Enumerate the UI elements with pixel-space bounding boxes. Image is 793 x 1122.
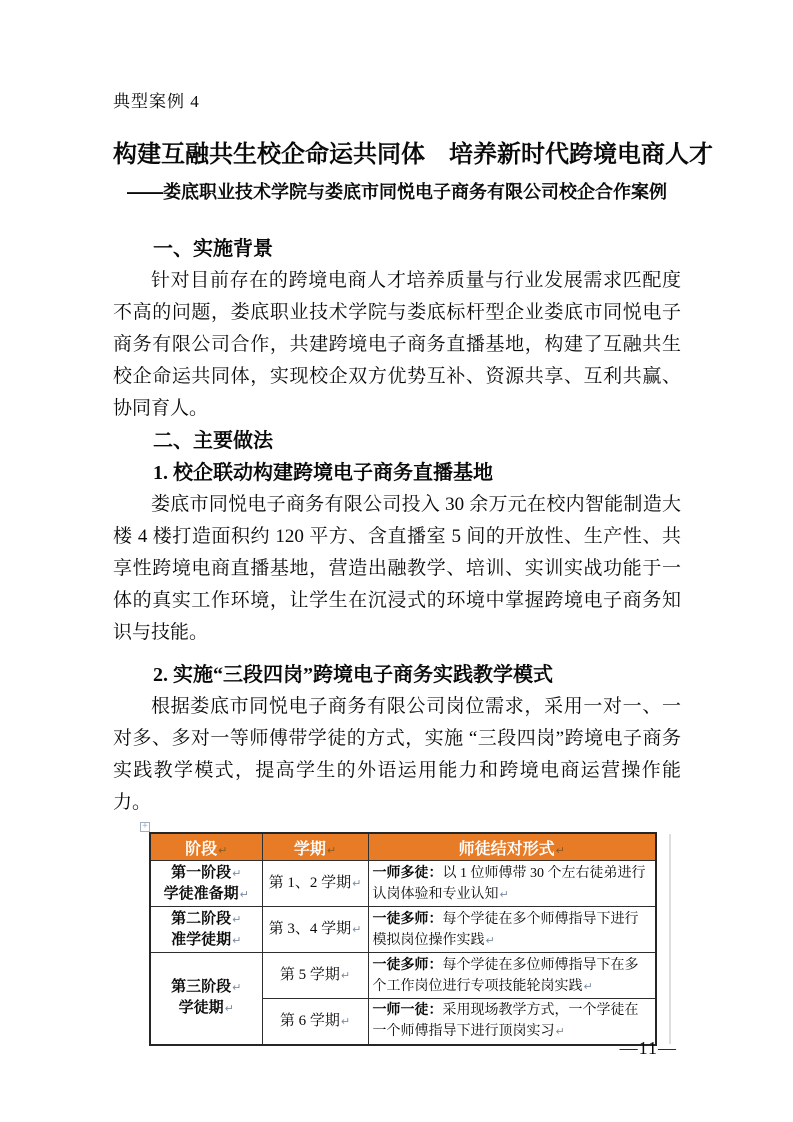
subsection-1-heading: 1. 校企联动构建跨境电子商务直播基地 bbox=[113, 457, 681, 489]
table-anchor-artifact bbox=[669, 834, 671, 1044]
doc-label: 典型案例 4 bbox=[113, 90, 681, 114]
subsection-2-heading: 2. 实施“三段四岗”跨境电子商务实践教学模式 bbox=[113, 659, 681, 691]
paragraph-mark: ↵ bbox=[341, 1015, 350, 1028]
header-label: 师徒结对形式 bbox=[459, 841, 555, 858]
pairing-cell: 一徒多师：每个学徒在多位师傅指导下在多个工作岗位进行专项技能轮岗实践↵ bbox=[368, 953, 656, 999]
stage-line: 第一阶段↵ bbox=[155, 863, 258, 884]
paragraph-mark: ↵ bbox=[352, 923, 361, 936]
semester-cell: 第 1、2 学期↵ bbox=[262, 861, 368, 907]
semester-cell: 第 6 学期↵ bbox=[262, 999, 368, 1045]
section-2-heading: 二、主要做法 bbox=[113, 425, 681, 457]
training-stages-table-region: 阶段↵ 学期↵ 师徒结对形式↵ 第一阶段↵ 学徒准备期↵ 第 1、2 学期↵ 一… bbox=[149, 832, 657, 1046]
header-label: 阶段 bbox=[185, 841, 217, 858]
table-header-stage: 阶段↵ bbox=[150, 833, 262, 861]
section-1-paragraph: 针对目前存在的跨境电商人才培养质量与行业发展需求匹配度不高的问题，娄底职业技术学… bbox=[113, 265, 681, 425]
paragraph-mark: ↵ bbox=[556, 1025, 565, 1038]
paragraph-mark: ↵ bbox=[584, 980, 593, 993]
section-1-heading: 一、实施背景 bbox=[113, 233, 681, 265]
table-row: 第一阶段↵ 学徒准备期↵ 第 1、2 学期↵ 一师多徒：以 1 位师傅带 30 … bbox=[150, 861, 656, 907]
paragraph-mark: ↵ bbox=[240, 888, 249, 901]
paragraph-mark: ↵ bbox=[500, 888, 509, 901]
semester-cell: 第 5 学期↵ bbox=[262, 953, 368, 999]
subsection-1-paragraph: 娄底市同悦电子商务有限公司投入 30 余万元在校内智能制造大楼 4 楼打造面积约… bbox=[113, 489, 681, 649]
subsection-2-paragraph: 根据娄底市同悦电子商务有限公司岗位需求，采用一对一、一对多、多对一等师傅带学徒的… bbox=[113, 691, 681, 819]
stage-line: 学徒期↵ bbox=[155, 998, 258, 1019]
stage-line: 第三阶段↵ bbox=[155, 977, 258, 998]
semester-cell: 第 3、4 学期↵ bbox=[262, 907, 368, 953]
training-stages-table: 阶段↵ 学期↵ 师徒结对形式↵ 第一阶段↵ 学徒准备期↵ 第 1、2 学期↵ 一… bbox=[149, 832, 657, 1046]
table-header-pairing: 师徒结对形式↵ bbox=[368, 833, 656, 861]
document-content: 典型案例 4 构建互融共生校企命运共同体 培养新时代跨境电商人才 ——娄底职业技… bbox=[113, 90, 681, 1046]
paragraph-mark: ↵ bbox=[327, 844, 336, 857]
pairing-cell: 一师多徒：以 1 位师傅带 30 个左右徒弟进行认岗体验和专业认知↵ bbox=[368, 861, 656, 907]
table-row: 第二阶段↵ 准学徒期↵ 第 3、4 学期↵ 一徒多师：每个学徒在多个师傅指导下进… bbox=[150, 907, 656, 953]
stage-line: 学徒准备期↵ bbox=[155, 884, 258, 905]
paragraph-mark: ↵ bbox=[232, 913, 241, 926]
table-header-row: 阶段↵ 学期↵ 师徒结对形式↵ bbox=[150, 833, 656, 861]
paragraph-mark: ↵ bbox=[486, 934, 495, 947]
paragraph-mark: ↵ bbox=[218, 844, 227, 857]
paragraph-mark: ↵ bbox=[232, 867, 241, 880]
paragraph-mark: ↵ bbox=[232, 981, 241, 994]
table-move-handle-icon[interactable] bbox=[140, 822, 150, 832]
stage-line: 第二阶段↵ bbox=[155, 909, 258, 930]
header-label: 学期 bbox=[294, 841, 326, 858]
pairing-type-label: 一徒多师： bbox=[373, 912, 443, 927]
pairing-cell: 一徒多师：每个学徒在多个师傅指导下进行模拟岗位操作实践↵ bbox=[368, 907, 656, 953]
stage-cell: 第一阶段↵ 学徒准备期↵ bbox=[150, 861, 262, 907]
table-row: 第三阶段↵ 学徒期↵ 第 5 学期↵ 一徒多师：每个学徒在多位师傅指导下在多个工… bbox=[150, 953, 656, 999]
paragraph-mark: ↵ bbox=[232, 934, 241, 947]
pairing-type-label: 一徒多师： bbox=[373, 958, 443, 973]
paragraph-mark: ↵ bbox=[556, 844, 565, 857]
paragraph-mark: ↵ bbox=[341, 969, 350, 982]
page-number: —11— bbox=[620, 1036, 677, 1060]
stage-line: 准学徒期↵ bbox=[155, 930, 258, 951]
pairing-type-label: 一师一徒： bbox=[373, 1003, 443, 1018]
table-header-semester: 学期↵ bbox=[262, 833, 368, 861]
doc-title: 构建互融共生校企命运共同体 培养新时代跨境电商人才 bbox=[113, 140, 681, 170]
paragraph-mark: ↵ bbox=[225, 1002, 234, 1015]
stage-cell: 第二阶段↵ 准学徒期↵ bbox=[150, 907, 262, 953]
doc-subtitle: ——娄底职业技术学院与娄底市同悦电子商务有限公司校企合作案例 bbox=[113, 179, 681, 205]
paragraph-mark: ↵ bbox=[352, 877, 361, 890]
pairing-cell: 一师一徒：采用现场教学方式，一个学徒在一个师傅指导下进行顶岗实习↵ bbox=[368, 999, 656, 1045]
stage-cell: 第三阶段↵ 学徒期↵ bbox=[150, 953, 262, 1045]
pairing-type-label: 一师多徒： bbox=[373, 866, 443, 881]
document-page: 典型案例 4 构建互融共生校企命运共同体 培养新时代跨境电商人才 ——娄底职业技… bbox=[0, 0, 793, 1122]
